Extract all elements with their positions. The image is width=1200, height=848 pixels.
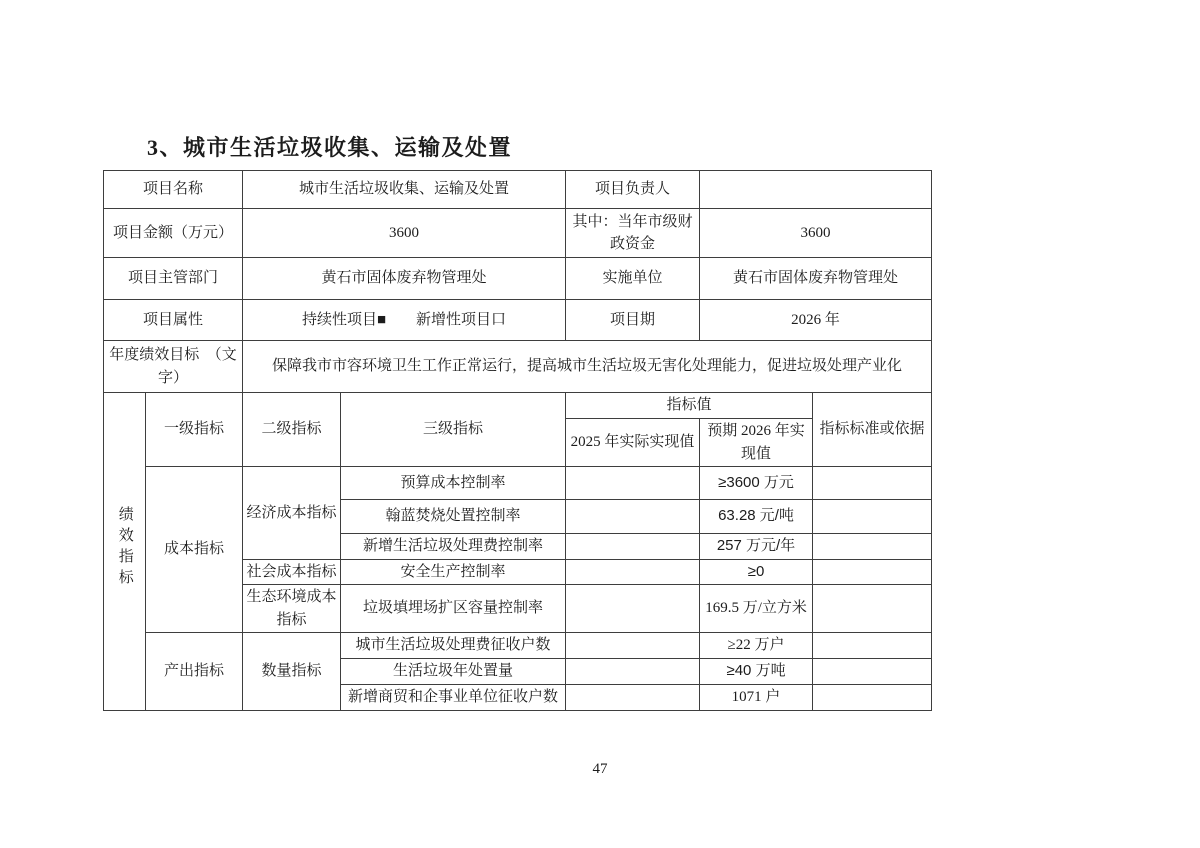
indicator-name: 安全生产控制率 — [341, 559, 566, 585]
group-economic-cost: 经济成本指标 — [243, 467, 341, 560]
table-row: 项目名称 城市生活垃圾收集、运输及处置 项目负责人 — [104, 171, 932, 209]
indicator-name: 城市生活垃圾处理费征收户数 — [341, 633, 566, 659]
header-expected-2026: 预期 2026 年实现值 — [700, 419, 813, 467]
performance-section-cell: 绩效指标 — [104, 393, 146, 711]
project-attribute-value: 持续性项目■ 新增性项目口 — [243, 300, 566, 341]
project-amount-label: 项目金额（万元） — [104, 209, 243, 258]
table-row: 绩效指标 一级指标 二级指标 三级指标 指标值 指标标准或依据 — [104, 393, 932, 419]
project-leader-label: 项目负责人 — [566, 171, 700, 209]
header-level2: 二级指标 — [243, 393, 341, 467]
indicator-name: 生活垃圾年处置量 — [341, 658, 566, 684]
indicator-standard — [813, 500, 932, 534]
city-fund-label: 其中：当年市级财政资金 — [566, 209, 700, 258]
project-period-label: 项目期 — [566, 300, 700, 341]
indicator-actual-2025 — [566, 559, 700, 585]
indicator-name: 新增商贸和企事业单位征收户数 — [341, 684, 566, 710]
indicator-expected-2026: ≥22 万户 — [700, 633, 813, 659]
group-quantity: 数量指标 — [243, 633, 341, 711]
indicator-actual-2025 — [566, 684, 700, 710]
indicator-name: 垃圾填埋场扩区容量控制率 — [341, 585, 566, 633]
project-performance-table: 项目名称 城市生活垃圾收集、运输及处置 项目负责人 项目金额（万元） 3600 … — [103, 170, 932, 711]
group-output-indicator: 产出指标 — [146, 633, 243, 711]
page-number: 47 — [0, 761, 1200, 778]
indicator-actual-2025 — [566, 633, 700, 659]
header-level3: 三级指标 — [341, 393, 566, 467]
group-cost-indicator: 成本指标 — [146, 467, 243, 633]
project-leader-value — [700, 171, 932, 209]
indicator-actual-2025 — [566, 467, 700, 500]
indicator-row: 成本指标 经济成本指标 预算成本控制率 ≥3600 万元 — [104, 467, 932, 500]
performance-section-label: 绩效指标 — [116, 506, 133, 590]
table-row: 项目金额（万元） 3600 其中：当年市级财政资金 3600 — [104, 209, 932, 258]
indicator-name: 预算成本控制率 — [341, 467, 566, 500]
indicator-standard — [813, 585, 932, 633]
group-social-cost: 社会成本指标 — [243, 559, 341, 585]
group-eco-environment-cost: 生态环境成本指标 — [243, 585, 341, 633]
indicator-standard — [813, 658, 932, 684]
indicator-actual-2025 — [566, 500, 700, 534]
indicator-expected-2026: 63.28 元/吨 — [700, 500, 813, 534]
indicator-standard — [813, 684, 932, 710]
indicator-standard — [813, 534, 932, 560]
indicator-name: 新增生活垃圾处理费控制率 — [341, 534, 566, 560]
indicator-expected-2026: 169.5 万/立方米 — [700, 585, 813, 633]
indicator-actual-2025 — [566, 585, 700, 633]
indicator-name: 翰蓝焚烧处置控制率 — [341, 500, 566, 534]
indicator-standard — [813, 559, 932, 585]
indicator-actual-2025 — [566, 658, 700, 684]
table-row: 年度绩效目标 （文字） 保障我市市容环境卫生工作正常运行，提高城市生活垃圾无害化… — [104, 341, 932, 393]
indicator-actual-2025 — [566, 534, 700, 560]
project-name-label: 项目名称 — [104, 171, 243, 209]
indicator-expected-2026: ≥0 — [700, 559, 813, 585]
header-value-group: 指标值 — [566, 393, 813, 419]
competent-department-value: 黄石市固体废弃物管理处 — [243, 258, 566, 300]
page-title: 3、城市生活垃圾收集、运输及处置 — [147, 131, 512, 162]
indicator-expected-2026: 257 万元/年 — [700, 534, 813, 560]
project-attribute-label: 项目属性 — [104, 300, 243, 341]
indicator-expected-2026: ≥3600 万元 — [700, 467, 813, 500]
implementing-unit-value: 黄石市固体废弃物管理处 — [700, 258, 932, 300]
city-fund-value: 3600 — [700, 209, 932, 258]
project-period-value: 2026 年 — [700, 300, 932, 341]
indicator-expected-2026: ≥40 万吨 — [700, 658, 813, 684]
indicator-expected-2026: 1071 户 — [700, 684, 813, 710]
table-row: 项目属性 持续性项目■ 新增性项目口 项目期 2026 年 — [104, 300, 932, 341]
project-amount-value: 3600 — [243, 209, 566, 258]
header-actual-2025: 2025 年实际实现值 — [566, 419, 700, 467]
project-name-value: 城市生活垃圾收集、运输及处置 — [243, 171, 566, 209]
document-page: 3、城市生活垃圾收集、运输及处置 项目名称 城市生活垃圾收集、运输及处置 项目负… — [0, 0, 1200, 848]
indicator-row: 产出指标 数量指标 城市生活垃圾处理费征收户数 ≥22 万户 — [104, 633, 932, 659]
annual-goal-label: 年度绩效目标 （文字） — [104, 341, 243, 393]
header-level1: 一级指标 — [146, 393, 243, 467]
header-standard: 指标标准或依据 — [813, 393, 932, 467]
table-row: 项目主管部门 黄石市固体废弃物管理处 实施单位 黄石市固体废弃物管理处 — [104, 258, 932, 300]
implementing-unit-label: 实施单位 — [566, 258, 700, 300]
indicator-standard — [813, 633, 932, 659]
competent-department-label: 项目主管部门 — [104, 258, 243, 300]
indicator-standard — [813, 467, 932, 500]
annual-goal-value: 保障我市市容环境卫生工作正常运行，提高城市生活垃圾无害化处理能力，促进垃圾处理产… — [243, 341, 932, 393]
